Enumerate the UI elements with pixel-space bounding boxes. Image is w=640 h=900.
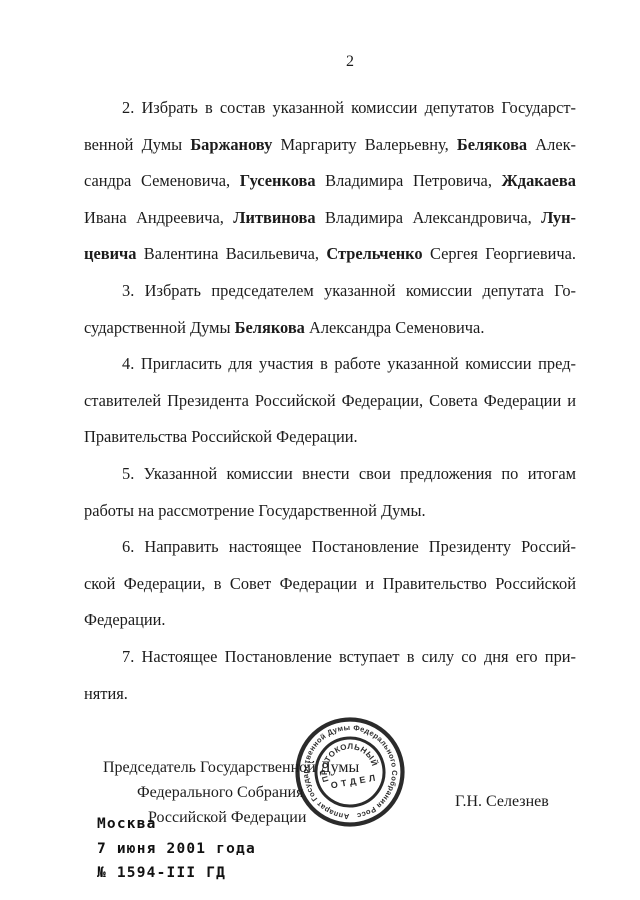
deputy-name-bold: Ждакаева xyxy=(502,171,576,190)
body-text-segment: 6. Направить настоящее Постановление Пре… xyxy=(122,537,576,556)
body-text-segment: венной Думы xyxy=(84,135,190,154)
body-text-segment: 3. Избрать председателем указанной комис… xyxy=(122,281,576,300)
body-text-segment: сударственной Думы xyxy=(84,318,235,337)
body-line: ставителей Президента Российской Федерац… xyxy=(84,383,576,420)
body-line: 5. Указанной комиссии внести свои предло… xyxy=(84,456,576,493)
body-text-segment: Алек- xyxy=(527,135,576,154)
body-text-segment: Федерации. xyxy=(84,610,166,629)
document-page: 2 2. Избрать в состав указанной комиссии… xyxy=(0,0,640,900)
page-number: 2 xyxy=(104,53,596,71)
body-text-segment: работы на рассмотрение Государственной Д… xyxy=(84,501,426,520)
body-line: цевича Валентина Васильевича, Стрельченк… xyxy=(84,236,576,273)
body-text-segment: 4. Пригласить для участия в работе указа… xyxy=(122,354,576,373)
body-line: работы на рассмотрение Государственной Д… xyxy=(84,493,576,530)
body-line: 4. Пригласить для участия в работе указа… xyxy=(84,346,576,383)
body-text-segment: Владимира Петровича, xyxy=(316,171,502,190)
body-text-segment: Сергея Георгиевича. xyxy=(423,244,576,263)
footer-document-number: № 1594-III ГД xyxy=(97,861,256,886)
body-text-segment: 2. Избрать в состав указанной комиссии д… xyxy=(122,98,576,117)
deputy-name-bold: Гусенкова xyxy=(240,171,316,190)
body-text-segment: Ивана Андреевича, xyxy=(84,208,233,227)
body-text-segment: Правительства Российской Федерации. xyxy=(84,427,358,446)
deputy-name-bold: Белякова xyxy=(235,318,305,337)
deputy-name-bold: цевича xyxy=(84,244,136,263)
body-line: 6. Направить настоящее Постановление Пре… xyxy=(84,529,576,566)
body-text-segment: ставителей Президента Российской Федерац… xyxy=(84,391,576,410)
deputy-name-bold: Стрельченко xyxy=(326,244,422,263)
body-text-segment: Валентина Васильевича, xyxy=(136,244,326,263)
body-text-segment: ской Федерации, в Совет Федерации и Прав… xyxy=(84,574,576,593)
body-text-segment: Владимира Александровича, xyxy=(316,208,542,227)
body-line: нятия. xyxy=(84,676,576,713)
body-line: сандра Семеновича, Гусенкова Владимира П… xyxy=(84,163,576,200)
body-line: сударственной Думы Белякова Александра С… xyxy=(84,310,576,347)
body-line: Ивана Андреевича, Литвинова Владимира Ал… xyxy=(84,200,576,237)
body-text-segment: Маргариту Валерьевну, xyxy=(272,135,457,154)
footer-city: Москва xyxy=(97,812,256,837)
body-text-segment: нятия. xyxy=(84,684,128,703)
body-text-segment: сандра Семеновича, xyxy=(84,171,240,190)
footer-date: 7 июня 2001 года xyxy=(97,837,256,862)
deputy-name-bold: Лун- xyxy=(541,208,576,227)
body-line: Федерации. xyxy=(84,602,576,639)
deputy-name-bold: Белякова xyxy=(457,135,527,154)
deputy-name-bold: Литвинова xyxy=(233,208,315,227)
body-text-segment: Александра Семеновича. xyxy=(305,318,485,337)
body-line: ской Федерации, в Совет Федерации и Прав… xyxy=(84,566,576,603)
body-line: 3. Избрать председателем указанной комис… xyxy=(84,273,576,310)
body-line: 2. Избрать в состав указанной комиссии д… xyxy=(84,90,576,127)
body-line: венной Думы Баржанову Маргариту Валерьев… xyxy=(84,127,576,164)
signature-title-line-2: Федерального Собрания xyxy=(103,780,359,805)
deputy-name-bold: Баржанову xyxy=(190,135,272,154)
signature-name: Г.Н. Селезнев xyxy=(455,792,549,812)
body-text-segment: 7. Настоящее Постановление вступает в си… xyxy=(122,647,576,666)
signature-title-line-1: Председатель Государственной Думы xyxy=(103,755,359,780)
footer-block: Москва 7 июня 2001 года № 1594-III ГД xyxy=(97,812,256,886)
body-line: 7. Настоящее Постановление вступает в си… xyxy=(84,639,576,676)
body-line: Правительства Российской Федерации. xyxy=(84,419,576,456)
body-text-segment: 5. Указанной комиссии внести свои предло… xyxy=(122,464,576,483)
document-body: 2. Избрать в состав указанной комиссии д… xyxy=(84,90,576,712)
